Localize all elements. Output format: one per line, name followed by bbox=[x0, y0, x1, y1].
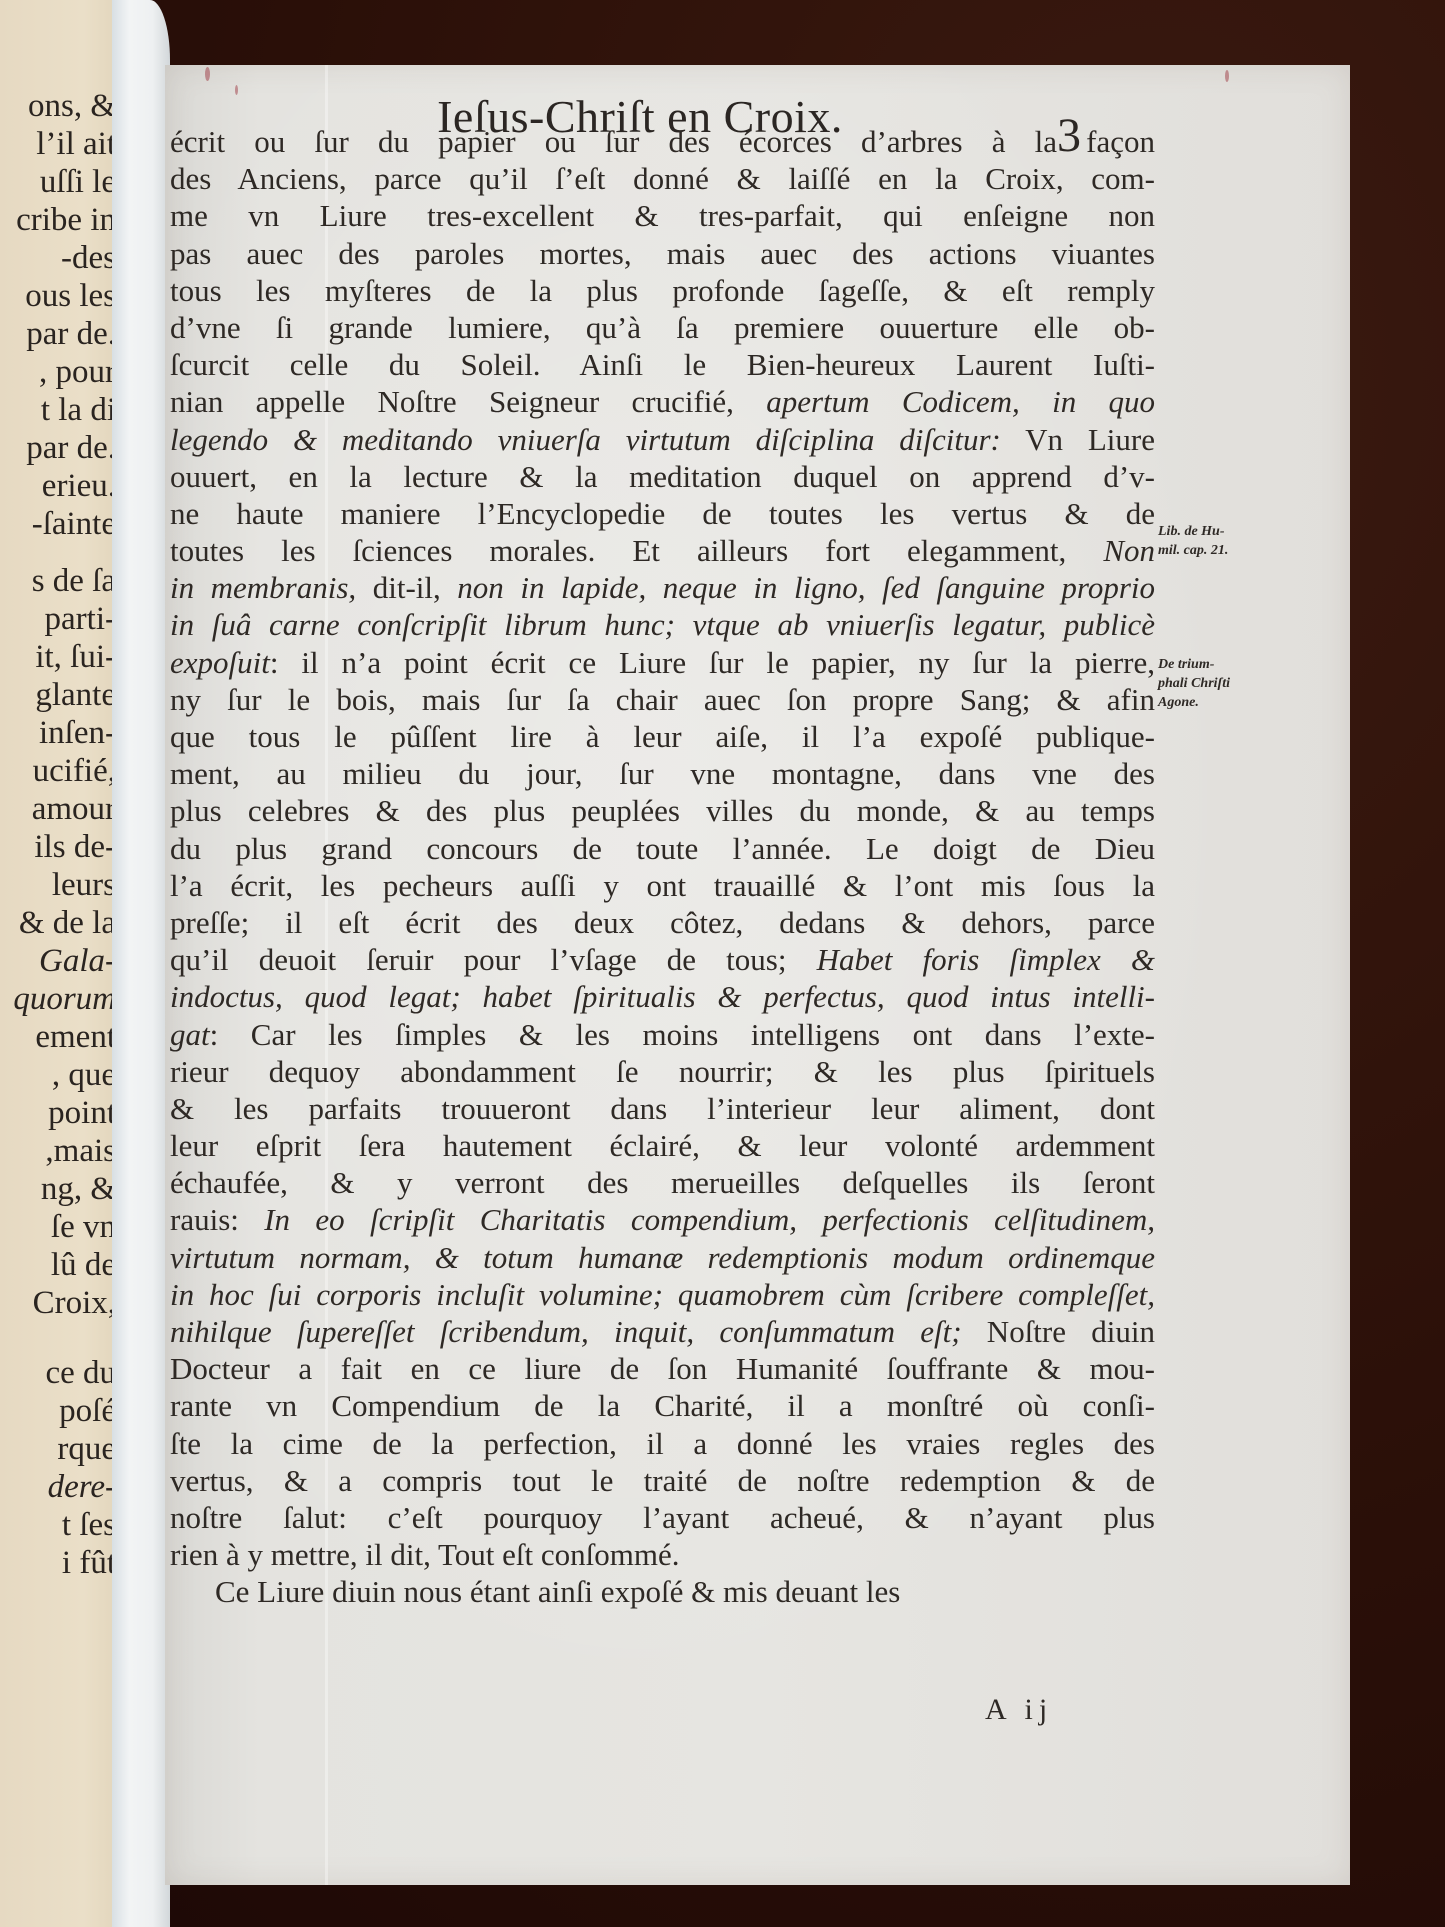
text-line: in membranis, dit-il, non in lapide, neq… bbox=[170, 569, 1155, 606]
french-text: ſcurcit celle du Soleil. Ainſi le Bien-h… bbox=[170, 347, 1155, 382]
text-line: d’vne ſi grande lumiere, qu’à ſa premier… bbox=[170, 309, 1155, 346]
french-text: du plus grand concours de toute l’année.… bbox=[170, 831, 1155, 866]
red-edge-stain bbox=[1225, 70, 1229, 82]
facing-page-text-fragment: uſſi le bbox=[40, 166, 116, 199]
text-line: des Anciens, parce qu’il ſ’eſt donné & l… bbox=[170, 160, 1155, 197]
red-edge-stain bbox=[235, 85, 238, 95]
facing-page-text-fragment: t ſes bbox=[62, 1509, 116, 1542]
facing-page-text-fragment: , que bbox=[52, 1059, 116, 1092]
french-text: Vn Liure bbox=[1001, 422, 1155, 457]
facing-page-text-fragment: ils de- bbox=[34, 831, 116, 864]
latin-quotation: non in lapide, neque in ligno, ſed ſangu… bbox=[457, 570, 1155, 605]
facing-page-text-fragment: ement bbox=[35, 1021, 116, 1054]
text-line: ouuert, en la lecture & la meditation du… bbox=[170, 458, 1155, 495]
text-line: écrit ou ſur du papier ou ſur des écorce… bbox=[170, 123, 1155, 160]
french-text: rien à y mettre, il dit, Tout eſt conſom… bbox=[170, 1537, 680, 1572]
facing-page-text-fragment: ,mais bbox=[45, 1135, 116, 1168]
facing-page-text-fragment: leurs bbox=[52, 869, 116, 902]
french-text: rieur dequoy abondamment ſe nourrir; & l… bbox=[170, 1054, 1155, 1089]
french-text: ment, au milieu du jour, ſur vne montagn… bbox=[170, 756, 1155, 791]
french-text: preſſe; il eſt écrit des deux côtez, ded… bbox=[170, 905, 1155, 940]
text-line: que tous le pûſſent lire à leur aiſe, il… bbox=[170, 718, 1155, 755]
french-text: qu’il deuoit ſeruir pour l’vſage de tous… bbox=[170, 942, 817, 977]
text-line: rieur dequoy abondamment ſe nourrir; & l… bbox=[170, 1053, 1155, 1090]
facing-page-text-fragment: & de la bbox=[19, 907, 116, 940]
text-line: échaufée, & y verront des merueilles deſ… bbox=[170, 1164, 1155, 1201]
french-text: toutes les ſciences morales. Et ailleurs… bbox=[170, 533, 1103, 568]
text-line: preſſe; il eſt écrit des deux côtez, ded… bbox=[170, 904, 1155, 941]
red-edge-stain bbox=[205, 67, 210, 81]
latin-quotation: Habet foris ſimplex & bbox=[817, 942, 1155, 977]
text-line: noſtre ſalut: c’eſt pourquoy l’ayant ach… bbox=[170, 1499, 1155, 1536]
french-text: ne haute maniere l’Encyclopedie de toute… bbox=[170, 496, 1155, 531]
facing-page-text-fragment: quorum bbox=[13, 983, 116, 1016]
french-text: rante vn Compendium de la Charité, il a … bbox=[170, 1388, 1155, 1423]
french-text: des Anciens, parce qu’il ſ’eſt donné & l… bbox=[170, 161, 1155, 196]
facing-page-text-fragment: it, ſui- bbox=[35, 641, 116, 674]
text-line: legendo & meditando vniuerſa virtutum di… bbox=[170, 421, 1155, 458]
text-line: plus celebres & des plus peuplées villes… bbox=[170, 792, 1155, 829]
french-text: : il n’a point écrit ce Liure ſur le pap… bbox=[270, 645, 1155, 680]
facing-page-text-fragment: poſé bbox=[59, 1395, 116, 1428]
french-text: plus celebres & des plus peuplées villes… bbox=[170, 793, 1155, 828]
facing-page-text-fragment: ce du bbox=[45, 1357, 116, 1390]
text-line: ny ſur le bois, mais ſur ſa chair auec ſ… bbox=[170, 681, 1155, 718]
facing-page-text-fragment: l’il ait bbox=[36, 128, 116, 161]
text-line: pas auec des paroles mortes, mais auec d… bbox=[170, 235, 1155, 272]
facing-page-text-fragment: ſe vn bbox=[51, 1211, 116, 1244]
text-line: Ce Liure diuin nous étant ainſi expoſé &… bbox=[170, 1573, 1155, 1610]
text-line: Docteur a fait en ce liure de ſon Humani… bbox=[170, 1350, 1155, 1387]
french-text: me vn Liure tres-excellent & tres-parfai… bbox=[170, 198, 1155, 233]
body-text: écrit ou ſur du papier ou ſur des écorce… bbox=[170, 123, 1155, 1611]
french-text: pas auec des paroles mortes, mais auec d… bbox=[170, 236, 1155, 271]
latin-quotation: virtutum normam, & totum humanæ redempti… bbox=[170, 1240, 1155, 1275]
text-line: gat: Car les ſimples & les moins intelli… bbox=[170, 1016, 1155, 1053]
facing-page-text-fragment: rque bbox=[57, 1433, 116, 1466]
text-line: ment, au milieu du jour, ſur vne montagn… bbox=[170, 755, 1155, 792]
margin-note: Lib. de Hu- mil. cap. 21. bbox=[1158, 522, 1248, 560]
text-line: rante vn Compendium de la Charité, il a … bbox=[170, 1387, 1155, 1424]
french-text: : Car les ſimples & les moins intelligen… bbox=[210, 1017, 1155, 1052]
text-line: tous les myſteres de la plus profonde ſa… bbox=[170, 272, 1155, 309]
facing-page-text-fragment: erieu. bbox=[42, 470, 116, 503]
french-text: dit-il, bbox=[356, 570, 457, 605]
facing-page-text-fragment: -des bbox=[61, 242, 116, 275]
text-line: indoctus, quod legat; habet ſpiritualis … bbox=[170, 978, 1155, 1015]
facing-page-text-fragment: inſen- bbox=[39, 717, 116, 750]
facing-page-text-fragment: s de ſa bbox=[32, 565, 116, 598]
facing-page-text-fragment: lû de bbox=[51, 1249, 116, 1282]
facing-page-text-fragment: dere- bbox=[48, 1471, 116, 1504]
french-text: ouuert, en la lecture & la meditation du… bbox=[170, 459, 1155, 494]
french-text: que tous le pûſſent lire à leur aiſe, il… bbox=[170, 719, 1155, 754]
facing-page-text-fragment: parti- bbox=[45, 603, 116, 636]
text-line: ſte la cime de la perfection, il a donné… bbox=[170, 1425, 1155, 1462]
text-line: l’a écrit, les pecheurs auſſi y ont trau… bbox=[170, 867, 1155, 904]
latin-quotation: in membranis, bbox=[170, 570, 356, 605]
french-text: leur eſprit ſera hautement éclairé, & le… bbox=[170, 1128, 1155, 1163]
french-text: échaufée, & y verront des merueilles deſ… bbox=[170, 1165, 1155, 1200]
french-text: l’a écrit, les pecheurs auſſi y ont trau… bbox=[170, 868, 1155, 903]
text-line: nihilque ſupereſſet ſcribendum, inquit, … bbox=[170, 1313, 1155, 1350]
text-line: vertus, & a compris tout le traité de no… bbox=[170, 1462, 1155, 1499]
french-text: & les parfaits trouueront dans l’interie… bbox=[170, 1091, 1155, 1126]
facing-page-text-fragment: Gala- bbox=[39, 945, 116, 978]
facing-page-text-fragment: ous les bbox=[25, 280, 116, 313]
facing-page-text-fragment: -ſainte bbox=[32, 508, 116, 541]
text-line: in ſuâ carne conſcripſit librum hunc; vt… bbox=[170, 606, 1155, 643]
page-edge bbox=[112, 0, 170, 1927]
facing-page-text-fragment: amour bbox=[32, 793, 116, 826]
french-text: Noſtre diuin bbox=[962, 1314, 1155, 1349]
french-text: écrit ou ſur du papier ou ſur des écorce… bbox=[170, 124, 1155, 159]
facing-page-text-fragment: Croix, bbox=[33, 1287, 116, 1320]
facing-page-text-fragment: glante bbox=[35, 679, 116, 712]
french-text: tous les myſteres de la plus profonde ſa… bbox=[170, 273, 1155, 308]
facing-page-text-fragment: cribe in bbox=[16, 204, 116, 237]
latin-quotation: in ſuâ carne conſcripſit librum hunc; vt… bbox=[170, 607, 1155, 642]
french-text: Ce Liure diuin nous étant ainſi expoſé &… bbox=[215, 1574, 900, 1609]
french-text: nian appelle Noſtre Seigneur crucifié, bbox=[170, 384, 766, 419]
latin-quotation: legendo & meditando vniuerſa virtutum di… bbox=[170, 422, 1001, 457]
facing-page-text-fragment: , pour bbox=[39, 356, 116, 389]
facing-page-text-fragment: ons, & bbox=[28, 90, 116, 123]
text-line: in hoc ſui corporis incluſit volumine; q… bbox=[170, 1276, 1155, 1313]
facing-page-text-fragment: point bbox=[48, 1097, 116, 1130]
french-text: rauis: bbox=[170, 1202, 264, 1237]
text-line: me vn Liure tres-excellent & tres-parfai… bbox=[170, 197, 1155, 234]
text-line: expoſuit: il n’a point écrit ce Liure ſu… bbox=[170, 644, 1155, 681]
facing-page-text-fragment: t la di bbox=[41, 394, 116, 427]
facing-page-text-fragment: i fût bbox=[62, 1547, 116, 1580]
text-line: leur eſprit ſera hautement éclairé, & le… bbox=[170, 1127, 1155, 1164]
text-line: & les parfaits trouueront dans l’interie… bbox=[170, 1090, 1155, 1127]
text-line: ne haute maniere l’Encyclopedie de toute… bbox=[170, 495, 1155, 532]
margin-note: De trium- phali Chriſti Agone. bbox=[1158, 655, 1248, 712]
latin-quotation: expoſuit bbox=[170, 645, 270, 680]
latin-quotation: indoctus, quod legat; habet ſpiritualis … bbox=[170, 979, 1155, 1014]
facing-page-text-fragment: par de. bbox=[26, 318, 116, 351]
french-text: ſte la cime de la perfection, il a donné… bbox=[170, 1426, 1155, 1461]
latin-quotation: gat bbox=[170, 1017, 210, 1052]
text-line: du plus grand concours de toute l’année.… bbox=[170, 830, 1155, 867]
text-line: rien à y mettre, il dit, Tout eſt conſom… bbox=[170, 1536, 1155, 1573]
latin-quotation: in hoc ſui corporis incluſit volumine; q… bbox=[170, 1277, 1155, 1312]
facing-page-text-fragment: ucifié, bbox=[33, 755, 116, 788]
latin-quotation: nihilque ſupereſſet ſcribendum, inquit, … bbox=[170, 1314, 962, 1349]
text-line: nian appelle Noſtre Seigneur crucifié, a… bbox=[170, 383, 1155, 420]
latin-quotation: apertum Codicem, in quo bbox=[766, 384, 1155, 419]
french-text: ny ſur le bois, mais ſur ſa chair auec ſ… bbox=[170, 682, 1155, 717]
text-line: toutes les ſciences morales. Et ailleurs… bbox=[170, 532, 1155, 569]
text-line: virtutum normam, & totum humanæ redempti… bbox=[170, 1239, 1155, 1276]
french-text: noſtre ſalut: c’eſt pourquoy l’ayant ach… bbox=[170, 1500, 1155, 1535]
text-line: rauis: In eo ſcripſit Charitatis compend… bbox=[170, 1201, 1155, 1238]
signature-mark: A ij bbox=[985, 1693, 1053, 1727]
facing-page-text-fragment: par de. bbox=[26, 432, 116, 465]
french-text: Docteur a fait en ce liure de ſon Humani… bbox=[170, 1351, 1155, 1386]
french-text: d’vne ſi grande lumiere, qu’à ſa premier… bbox=[170, 310, 1155, 345]
facing-page-text-fragment: ng, & bbox=[41, 1173, 116, 1206]
text-line: ſcurcit celle du Soleil. Ainſi le Bien-h… bbox=[170, 346, 1155, 383]
facing-page-left: ons, &l’il aituſſi lecribe in-desous les… bbox=[0, 0, 120, 1927]
french-text: vertus, & a compris tout le traité de no… bbox=[170, 1463, 1155, 1498]
latin-quotation: Non bbox=[1103, 533, 1155, 568]
text-line: qu’il deuoit ſeruir pour l’vſage de tous… bbox=[170, 941, 1155, 978]
latin-quotation: In eo ſcripſit Charitatis compendium, pe… bbox=[264, 1202, 1155, 1237]
